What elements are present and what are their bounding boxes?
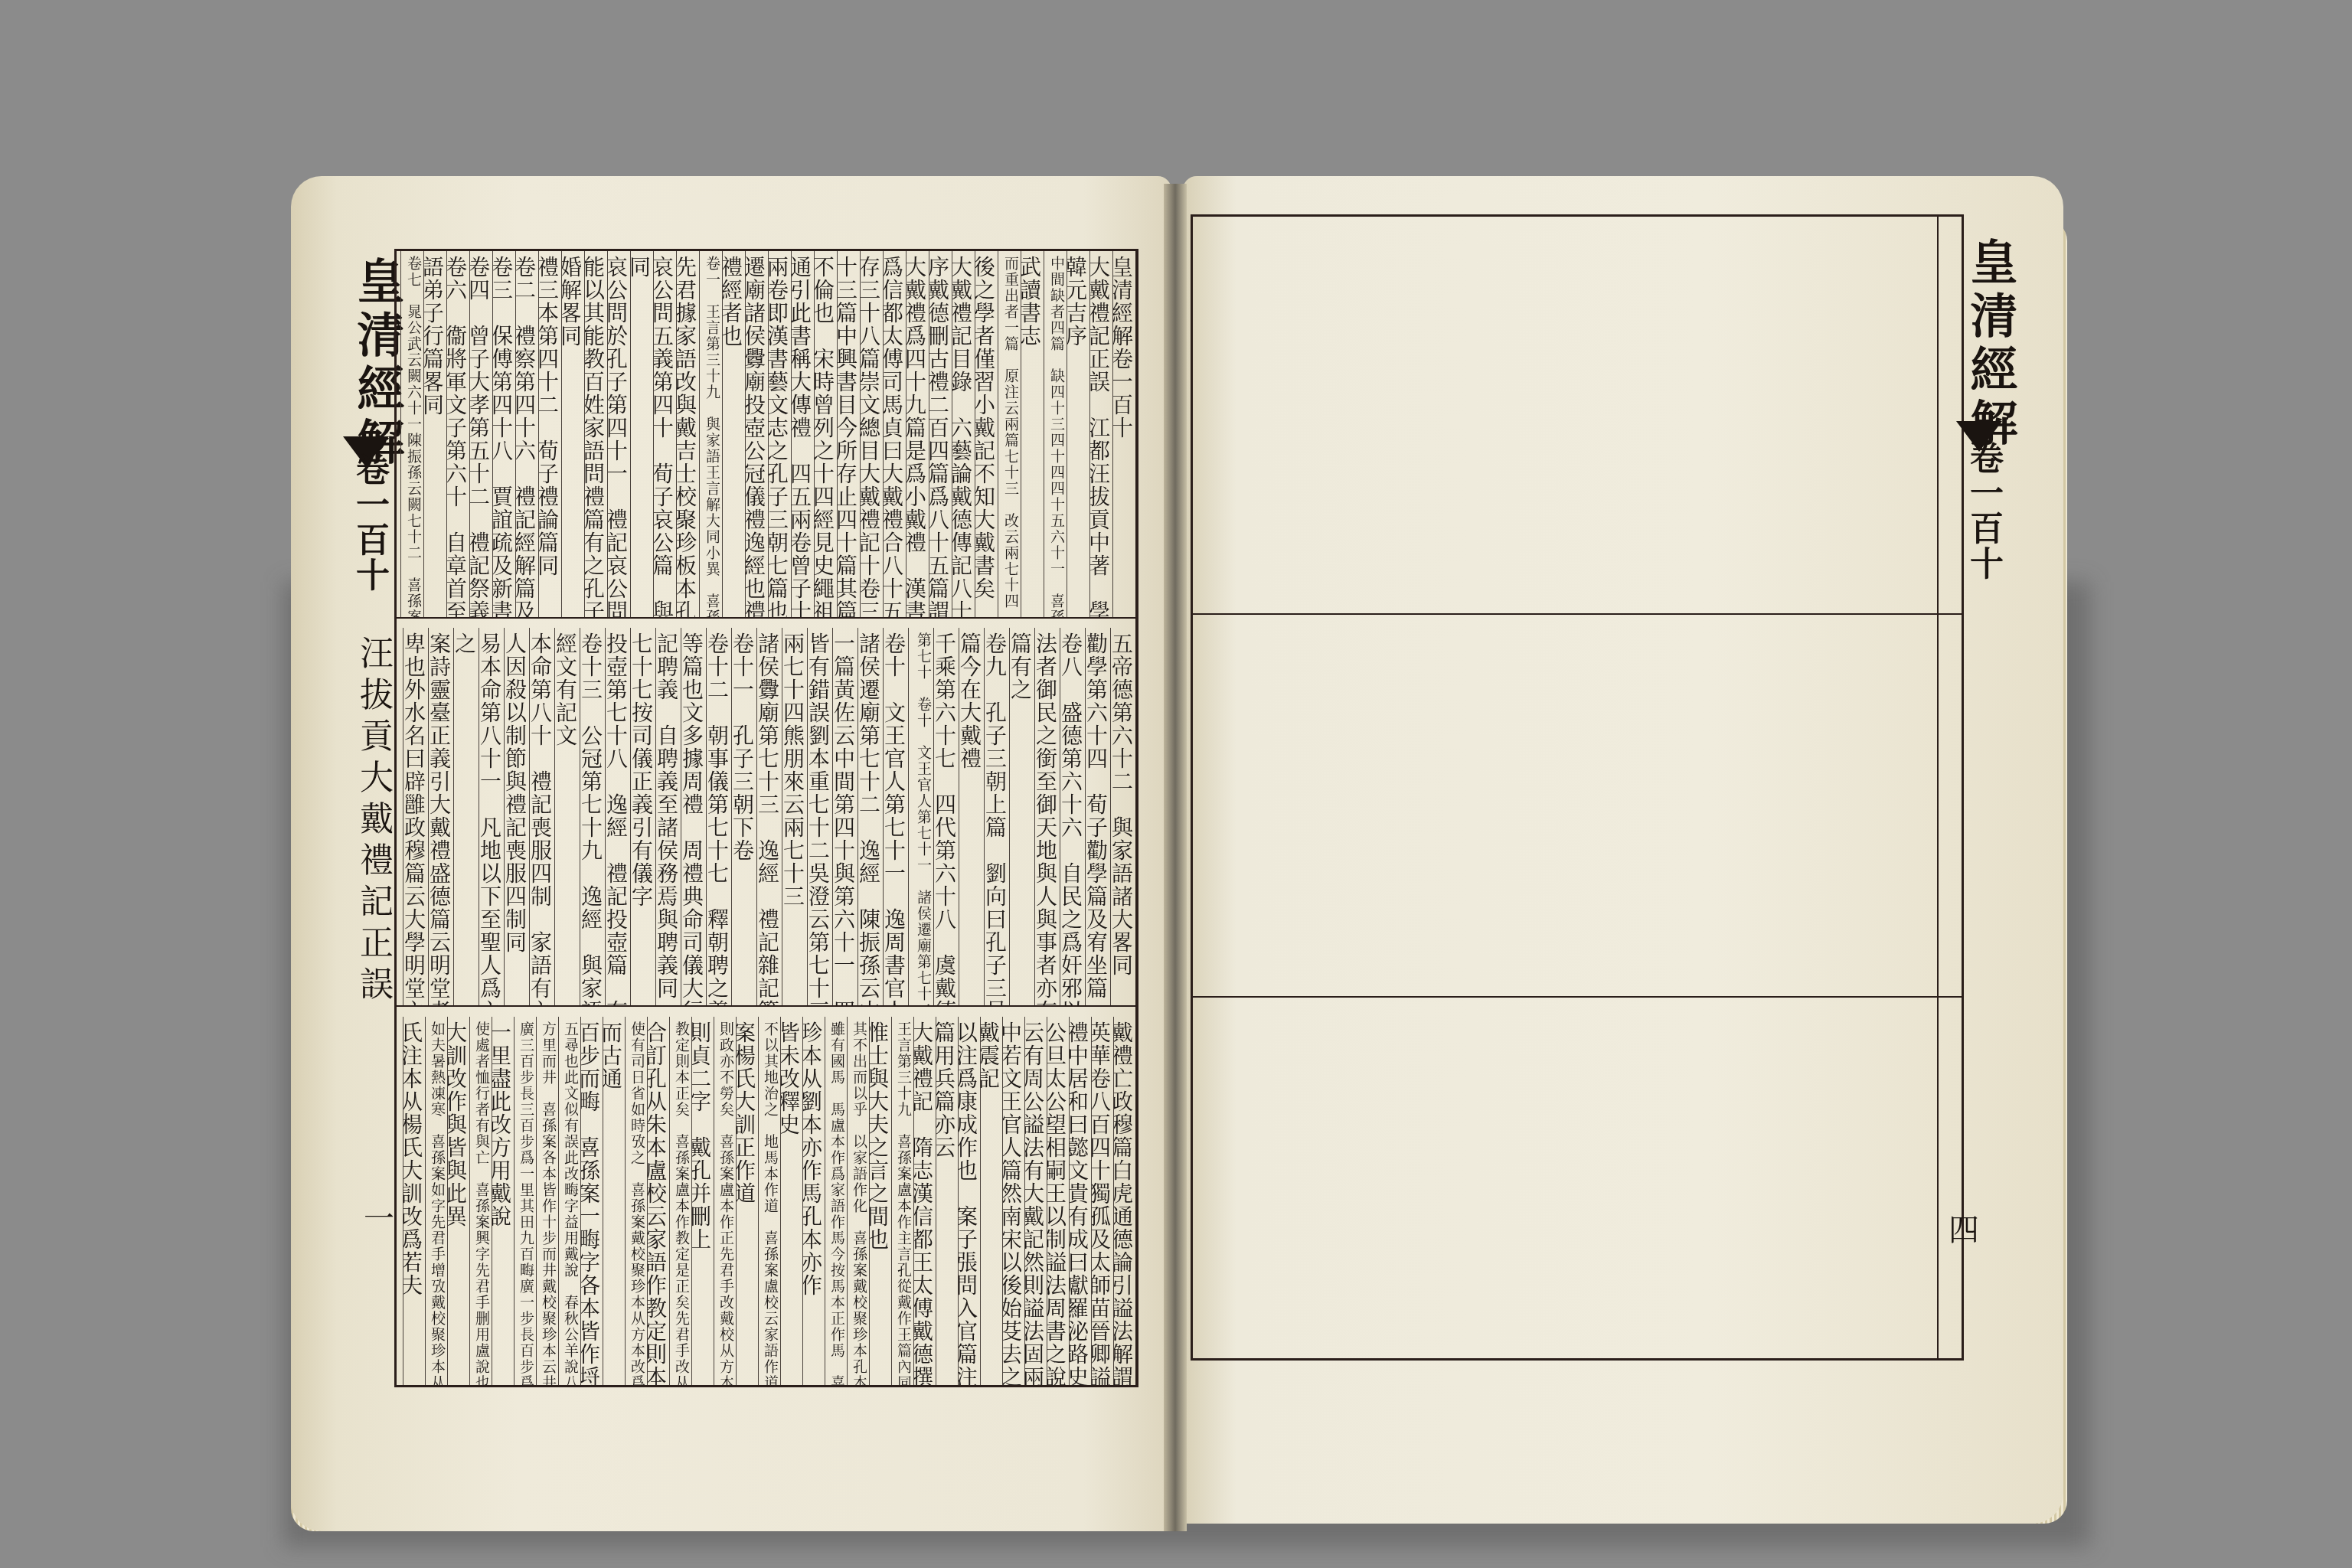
text-column: 之 xyxy=(453,628,479,1005)
text-column: 卷七 晁公武云闕六十一陳振孫云闕七十二 喜孫案戴東原記文稱陳 xyxy=(400,251,423,617)
text-column: 法者御民之銜至御天地與人與事者亦有六政家語執轡 xyxy=(1034,628,1060,1005)
text-column: 王言第三十九 喜孫案盧本作主言孔從戴作王篇內同 問馬作問 喜孫按戴校聚珍本作間孔… xyxy=(891,1017,913,1385)
text-column: 大戴禮記目錄 六藝論戴德傳記八十五篇晉陳邵周禮論 xyxy=(952,251,975,617)
text-column: 卷十一 孔子三朝下卷 xyxy=(731,628,756,1005)
text-column: 英華卷八百四十獨孤及太師苗晉卿謚議云謹按大戴禮 xyxy=(1091,1017,1113,1385)
text-column: 卷六 衞將軍文子第六十 自章首至亦未逢明君也與家 xyxy=(446,251,469,617)
text-column: 卷九 孔子三朝上篇 劉向曰孔子三見哀公作三朝記七 xyxy=(984,628,1009,1005)
text-column: 韓元吉序 xyxy=(1067,251,1089,617)
text-column: 一篇黃佐云中間第四十與第六十一 四篇復闕第七十三 xyxy=(832,628,857,1005)
text-column: 篇有之 xyxy=(1009,628,1034,1005)
text-column: 卷二 禮察第四十六 禮記經解篇及賈誼疏 xyxy=(515,251,538,617)
text-column: 經文有記文 xyxy=(554,628,580,1005)
text-column: 卷一 王言第三十九 與家語王言解大同小異 喜孫案盧本作主言 xyxy=(699,251,722,617)
text-column: 珍本从劉本亦作馬孔本亦作 xyxy=(802,1017,825,1385)
text-column: 則貞二字 戴孔并刪上 xyxy=(691,1017,714,1385)
text-column: 兩卷即漢書藝文志之孔子三朝七篇也皆各自成書諸侯 xyxy=(768,251,791,617)
text-column: 哀公問於孔子第四十一 禮記哀公問篇同自章首至然後 xyxy=(607,251,630,617)
text-column: 兩七十四熊朋來云兩七十三 xyxy=(782,628,807,1005)
text-column: 卷三 保傅第四十八 賈誼疏及新書 xyxy=(492,251,515,617)
text-column: 廣三百步長三百步爲一里其田九百畮廣一步長百步爲畮 當是方里之訛孔云千字亦字訛韓詩… xyxy=(514,1017,536,1385)
text-column: 諸侯釁廟第七十三 逸經 禮記雜記篇 案雜記尤詳 xyxy=(756,628,782,1005)
text-column: 婚解畧同 xyxy=(561,251,584,617)
text-column: 等篇也文多據周禮 周禮典命司儀大行人小行人及禮 xyxy=(681,628,706,1005)
text-column: 使處者恤行者有與亡 喜孫案興字先君手删用盧說也戴校聚珍本从方本作與孔氏注本从楊氏 xyxy=(469,1017,492,1385)
text-column: 一里盡此改方用戴說 xyxy=(492,1017,514,1385)
text-column: 篇今在大戴禮 xyxy=(959,628,984,1005)
text-column: 戴禮亡政穆篇白虎通德論引謚法解謂之禮記謚法文苑 xyxy=(1113,1017,1135,1385)
text-column: 第七十 卷十 文王官人第七十一 諸侯遷廟第七十二 喜孫 xyxy=(908,628,933,1005)
text-column: 後之學者僅習小戴記不知大戴書矣 矣上增多字 xyxy=(975,251,998,617)
text-column: 皆有錯誤劉本重七十二吳澄云第七十三有二晁公武云 xyxy=(807,628,832,1005)
left-footer-label: 汪拔貢大戴禮記正誤 xyxy=(348,635,397,1008)
right-page-number: 四 xyxy=(1949,1206,1979,1249)
text-column: 篇用兵篇亦云 xyxy=(936,1017,958,1385)
text-column: 千乘第六十七 四代第六十八 虞戴德第六十九 誥志 xyxy=(933,628,959,1005)
left-volume-banner: 卷一百十 xyxy=(345,452,394,593)
left-text-frame: 皇清經解卷一百十大戴禮記正誤 江都汪拔貢中著 學海堂韓元吉序中間缺者四篇 缺四十… xyxy=(394,249,1138,1387)
text-column: 人因殺以制節與禮記喪服四制同 xyxy=(504,628,529,1005)
right-text-frame xyxy=(1191,214,1964,1361)
text-column: 戴震記 xyxy=(980,1017,1002,1385)
right-title-banner: 皇清經解 xyxy=(1956,237,2024,452)
text-column: 武讀書志 xyxy=(1021,251,1044,617)
text-column: 大訓改作與皆與此異 xyxy=(447,1017,469,1385)
text-column: 序戴德刪古禮二百四篇爲八十五篇謂之大戴禮戴聖刪 xyxy=(929,251,952,617)
left-page-number: 一 xyxy=(364,1194,394,1238)
text-column: 雖有國馬 馬盧本作爲家語作馬今按馬本正作馬 喜孫案戴校聚 xyxy=(825,1017,847,1385)
text-column: 禮三本第四十二 荀子禮論篇同 xyxy=(538,251,561,617)
text-column: 同 xyxy=(630,251,653,617)
text-column: 諸侯遷廟第七十二 逸經 陳振孫云中闕第七十二複出 xyxy=(857,628,883,1005)
text-column: 爲信都太傅司馬貞曰大戴禮合八十五篇其四十七篇亡 xyxy=(883,251,906,617)
text-column: 氏注本从楊氏大訓改爲若夫 xyxy=(403,1017,425,1385)
book-spine xyxy=(1164,184,1187,1531)
text-column: 其不出而以乎 以家語作化 喜孫案戴校聚珍本孔本並作化从家語作化 xyxy=(847,1017,869,1385)
text-column: 合訂孔从朱本盧校云家語作教定則本正矣 xyxy=(647,1017,669,1385)
text-column: 本命第八十 禮記喪服四制 家語有之自有恩有義至聖 xyxy=(529,628,554,1005)
text-column: 中間缺者四篇 缺四十三四十四四十五六十一 喜孫案此益據晁公 xyxy=(1044,251,1067,617)
text-column: 易本命第八十一 凡地以下至聖人爲之長家語執轡篇有 xyxy=(479,628,504,1005)
text-column: 惟士與大夫之言之間也 xyxy=(869,1017,891,1385)
text-column: 能以其能教百姓家語問禮篇有之孔子侍坐以下家語大 xyxy=(584,251,607,617)
text-column: 百步而畮 喜孫案一畮字各本皆作埒戴校聚珍本云古者以長 xyxy=(580,1017,603,1385)
text-column: 而重出者一篇 原注云兩篇七十三 改云兩七十四 喜孫案此益據晁公武說改 xyxy=(998,251,1021,617)
show-through-text xyxy=(1208,247,1882,1319)
text-column: 使有司日省如時攷之 喜孫案戴校聚珍本从方本改爲而字盧孔皆作而盧說云 xyxy=(625,1017,647,1385)
left-register-bottom: 戴禮亡政穆篇白虎通德論引謚法解謂之禮記謚法文苑英華卷八百四十獨孤及太師苗晉卿謚議… xyxy=(397,1017,1135,1385)
text-column: 投壺第七十八 逸經 禮記投壺篇 有經文有記文 xyxy=(605,628,630,1005)
text-column: 卷十 文王官人第七十一 逸周書官人篇 xyxy=(883,628,908,1005)
text-column: 則政亦不勞矣 喜孫案盧本作正先君手改戴校从方本作政孔本亦从之作政謹案改與正古通 xyxy=(714,1017,736,1385)
text-column: 五尋也此文似有誤此改畮字益用戴說 春秋公羊說八尺爲板五板爲堵 xyxy=(558,1017,580,1385)
text-column: 遷廟諸侯釁廟投壺公冠儀禮逸經也禮三本明堂朝事解 xyxy=(745,251,768,617)
text-column: 方里而井 喜孫案各本皆作十步而井戴校聚珍本云井九百畮其方三百步積九萬步此云十步非… xyxy=(536,1017,558,1385)
text-column: 先君據家語改與戴吉士校聚珍板本孔檢討注本同 xyxy=(676,251,699,617)
text-column: 云有周公謚法有大戴記然則謚法固兩載於周書大戴禮 xyxy=(1024,1017,1047,1385)
text-column: 十三篇中興書目今所存止四十篇其篇第始三十九編次 xyxy=(837,251,860,617)
text-column: 禮經者也 xyxy=(722,251,745,617)
left-register-middle: 五帝德第六十二 與家語諸大畧同勸學第六十四 荀子勸學篇及宥坐篇卷八 盛德第六十六… xyxy=(397,628,1135,1007)
text-column: 皇清經解卷一百十 xyxy=(1112,251,1135,617)
right-volume-banner: 卷一百十 xyxy=(1958,440,2007,581)
text-column: 五帝德第六十二 與家語諸大畧同 xyxy=(1110,628,1135,1005)
text-column: 案楊氏大訓正作道 xyxy=(736,1017,758,1385)
text-column: 案詩靈臺正義引大戴禮盛德篇云明堂者所以明諸侯尊 xyxy=(428,628,453,1005)
right-inner-rule xyxy=(1937,214,1939,1361)
left-register-top: 皇清經解卷一百十大戴禮記正誤 江都汪拔貢中著 學海堂韓元吉序中間缺者四篇 缺四十… xyxy=(397,251,1135,619)
text-column: 大戴禮爲四十九篇是爲小戴禮 漢書德號大戴字延君 xyxy=(906,251,929,617)
text-column: 卷四 曾子大孝第五十二 禮記祭義篇 xyxy=(469,251,492,617)
text-column: 七十七按司儀正義引有儀字 xyxy=(630,628,655,1005)
text-column: 通引此書稱大傳禮 四五兩卷曾子十篇也卷九卷十一 xyxy=(791,251,814,617)
text-column: 卷十三 公冠第七十九 逸經 與家語冠篇文多同 有 xyxy=(580,628,605,1005)
text-column: 而古通 xyxy=(603,1017,625,1385)
text-column: 存三十八篇崇文總目大戴禮記十卷三十五篇又一本三 xyxy=(860,251,883,617)
text-column: 公旦太公望相嗣王以制謚法周書之說亦然鄭樵通志畧 xyxy=(1047,1017,1069,1385)
text-column: 以注爲康成作也 案子張問入官篇注明駮鄭義諸侯遷廟 xyxy=(958,1017,980,1385)
text-column: 哀公問五義第四十 荀子哀公篇 與家語五儀解前半篇 xyxy=(653,251,676,617)
text-column: 卷十二 朝事儀第七十七 釋朝聘之義櫽禮記之有冠義 xyxy=(706,628,731,1005)
text-column: 卑也外水名曰辟雝政穆篇云大學明堂之東序也按今大 xyxy=(403,628,428,1005)
text-column: 不倫也 宋時曾列之十四經見史繩祖學齋佔畢 風俗 xyxy=(814,251,837,617)
text-column: 禮中居和曰懿文貴有成曰獻羅泌路史云大戴氏曰昔周 xyxy=(1069,1017,1091,1385)
text-column: 皆未改釋史 xyxy=(780,1017,802,1385)
text-column: 中若文王官人篇然南宋以後始芟去之故今篇目參差耳 xyxy=(1002,1017,1024,1385)
text-column: 如夫暑熱凍寒 喜孫案如字先君手增攷戴校聚珍本从方本大爲如盧刻雅雨堂本據家語疑夫爲… xyxy=(425,1017,447,1385)
text-column: 大戴禮記正誤 江都汪拔貢中著 學海堂 xyxy=(1089,251,1112,617)
text-column: 大戴禮記 隋志漢信都王太傅戴德撰 xyxy=(913,1017,936,1385)
text-column: 勸學第六十四 荀子勸學篇及宥坐篇 xyxy=(1085,628,1110,1005)
text-column: 不以其地治之 地馬本作道 喜孫案盧校云家語作道戴校方本亦作道孔本亦作道 xyxy=(758,1017,780,1385)
text-column: 記聘義 自聘義至諸侯務焉與聘義同 盧本作朝事第 xyxy=(655,628,681,1005)
text-column: 語弟子行篇畧同 xyxy=(423,251,446,617)
text-column: 卷八 盛德第六十六 自民之爲奸邪以下家語有之 德 xyxy=(1060,628,1085,1005)
text-column: 教定則本正矣 喜孫案盧本作教定是正矣先君手改从戴本作則正 矣戴校珍本云當是則本二… xyxy=(669,1017,691,1385)
